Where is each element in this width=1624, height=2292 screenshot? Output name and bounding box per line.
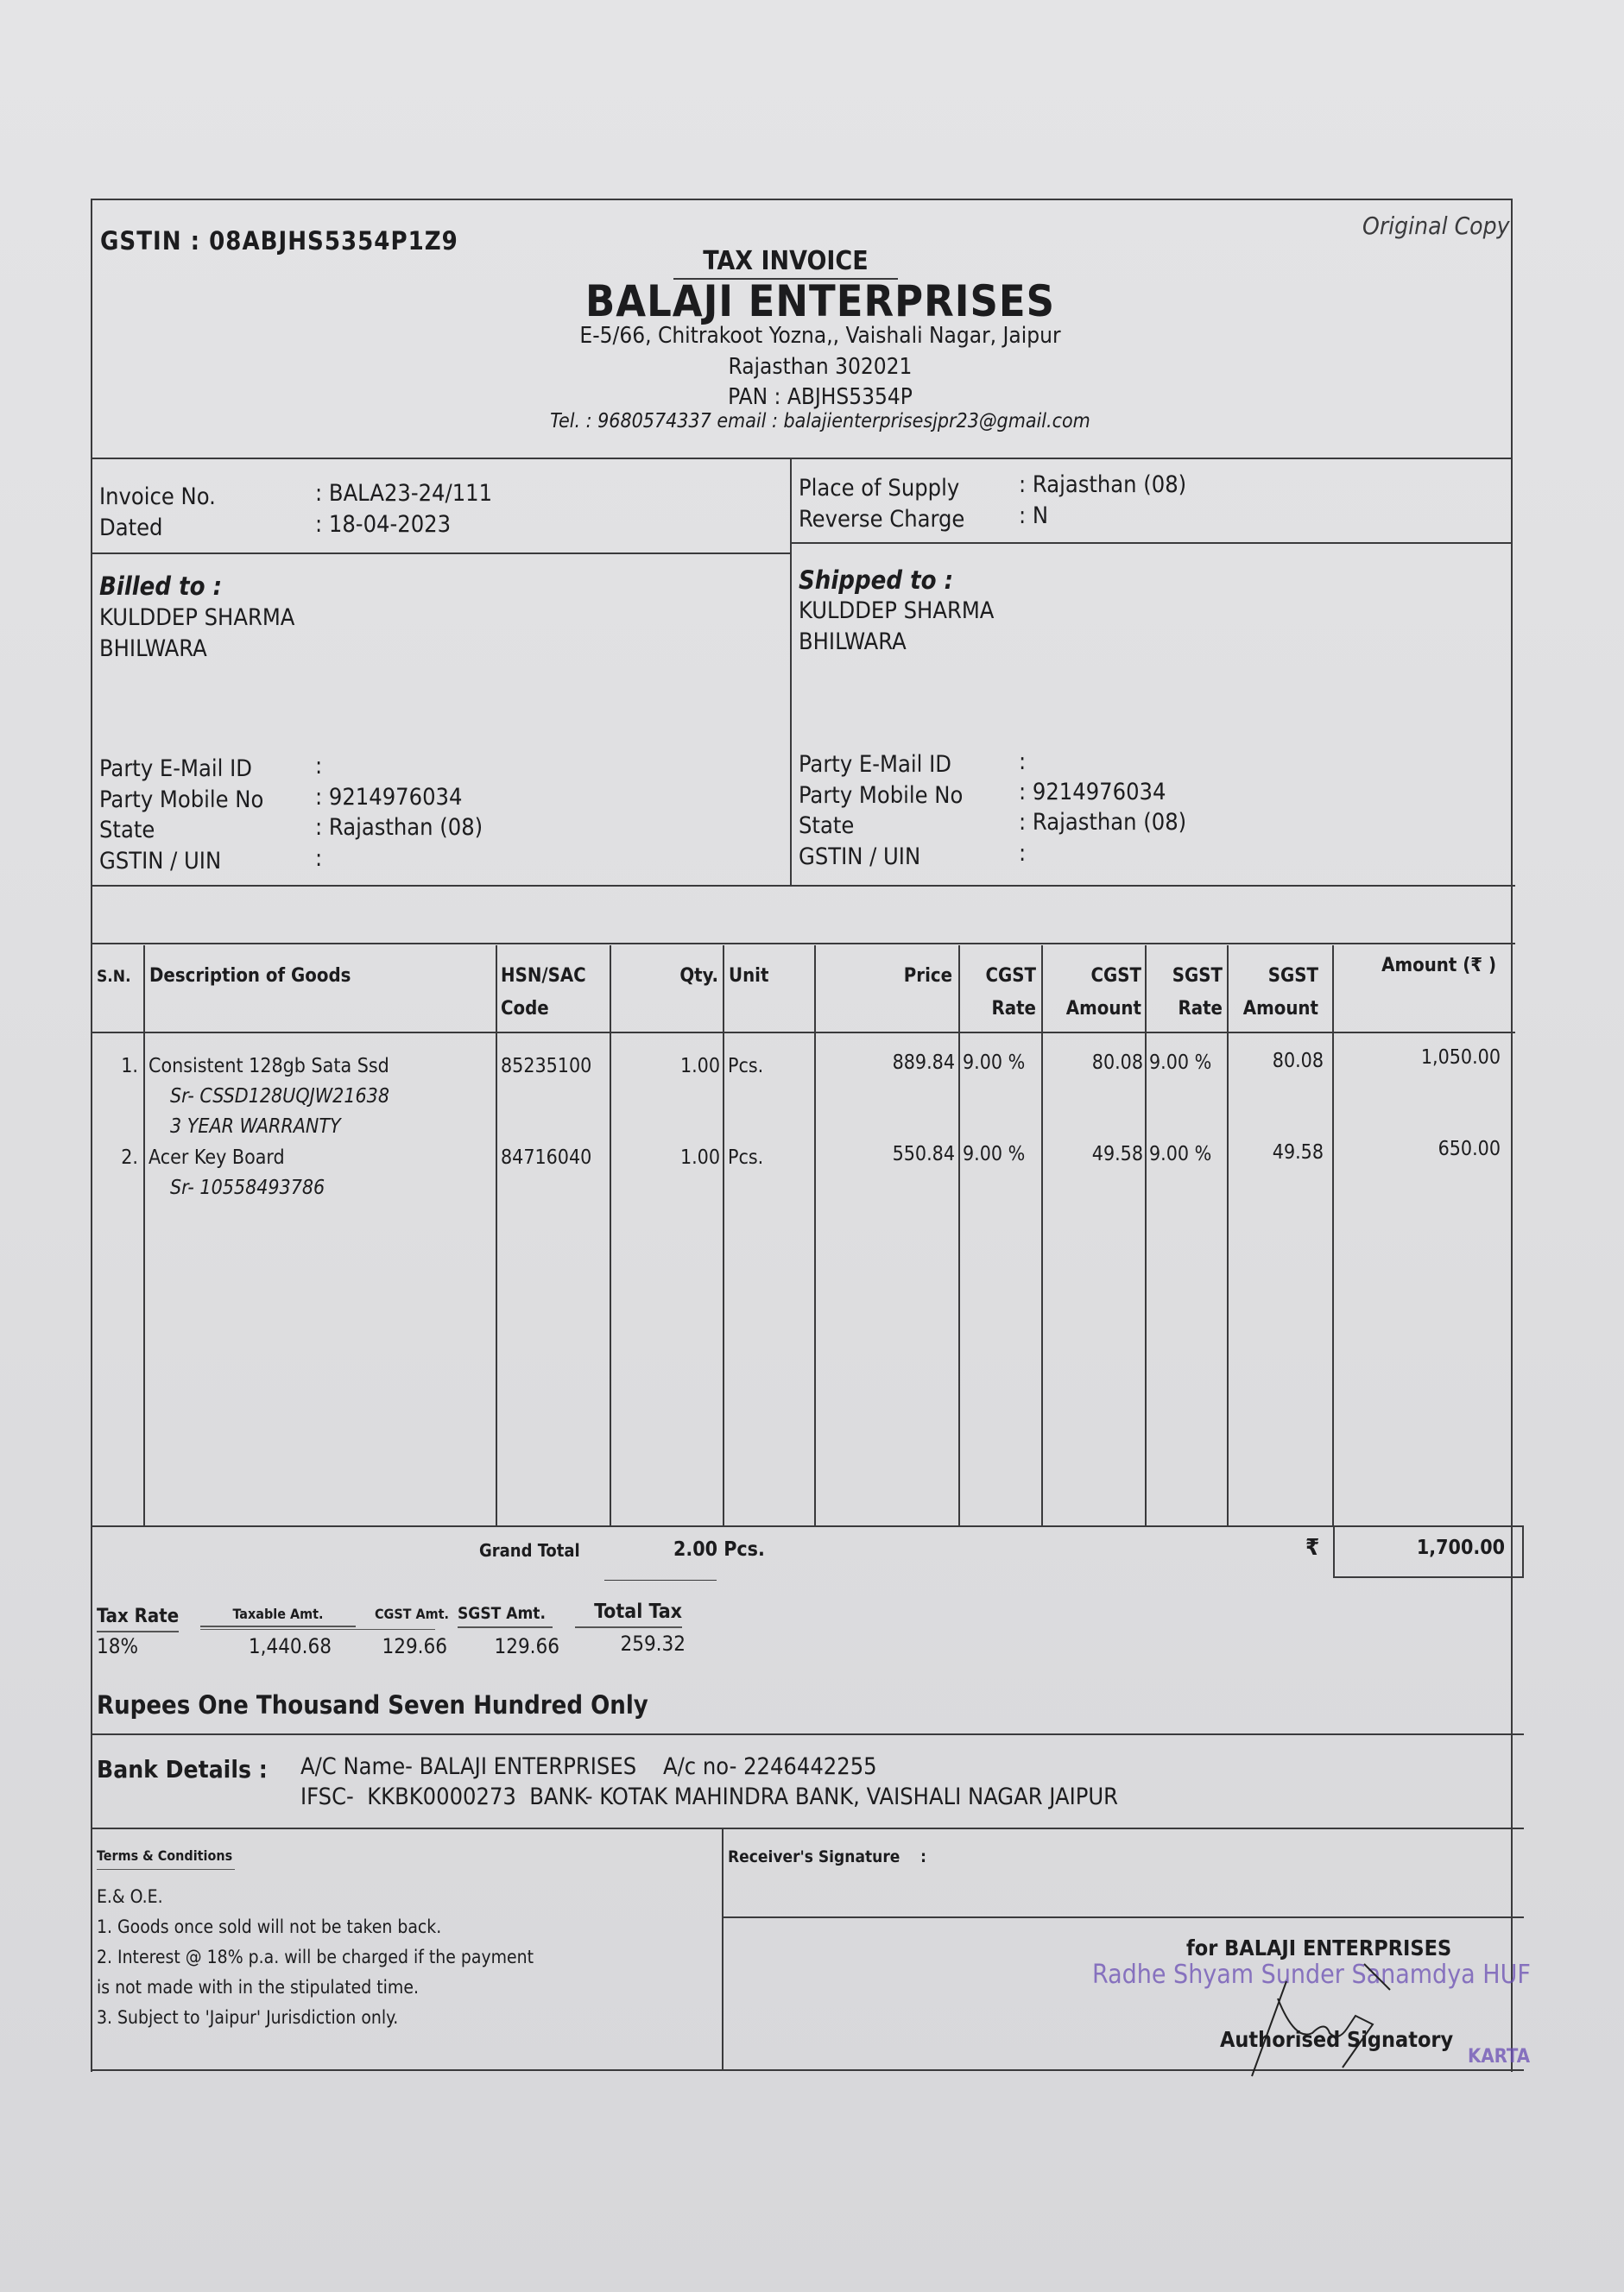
billed-to-name: KULDDEP SHARMA <box>99 604 294 631</box>
rupee-icon: ₹ <box>1305 1535 1319 1561</box>
billed-to-heading: Billed to : <box>99 571 222 601</box>
header-description: Description of Goods <box>149 960 351 993</box>
divider <box>91 885 1515 887</box>
header-sgst-rate-line2: Rate <box>1145 993 1223 1026</box>
sgst-value: 129.66 <box>458 1634 559 1658</box>
header-hsn-line2: Code <box>501 993 586 1026</box>
sgst-header: SGST Amt. <box>458 1604 553 1628</box>
border-top <box>91 199 1511 200</box>
company-address-line1: E-5/66, Chitrakoot Yozna,, Vaishali Naga… <box>432 323 1209 349</box>
divider <box>200 1629 435 1630</box>
cgst-header: CGST Amt. <box>356 1606 449 1626</box>
divider <box>1333 1526 1335 1576</box>
header-sgst-amount-line1: SGST <box>1227 960 1318 993</box>
reverse-charge: N <box>1033 502 1048 529</box>
row-cgst-rate: 9.00 % <box>963 1143 1025 1165</box>
shipped-to-city: BHILWARA <box>799 628 907 655</box>
row-amount: 650.00 <box>1332 1138 1501 1160</box>
billed-email-label: Party E-Mail ID <box>99 755 252 782</box>
place-of-supply-label: Place of Supply <box>799 475 959 502</box>
grand-total-qty: 2.00 Pcs. <box>673 1538 765 1561</box>
bank-details-label: Bank Details : <box>97 1755 268 1784</box>
header-cgst-amount-line2: Amount <box>1041 993 1141 1026</box>
row-cgst-amount: 80.08 <box>1041 1051 1143 1074</box>
header-sgst-amount: SGST Amount <box>1227 960 1318 1026</box>
row-sgst-amount: 80.08 <box>1227 1050 1324 1072</box>
terms-line: is not made with in the stipulated time. <box>97 1973 534 2003</box>
grand-total-label: Grand Total <box>479 1540 580 1561</box>
row-qty: 1.00 <box>610 1146 720 1169</box>
bank-ifsc-line: IFSC- KKBK0000273 BANK- KOTAK MAHINDRA B… <box>300 1784 1118 1810</box>
shipped-state-label: State <box>799 812 854 839</box>
billed-mobile: 9214976034 <box>329 784 463 811</box>
place-of-supply: Rajasthan (08) <box>1033 471 1186 498</box>
row-sgst-amount: 49.58 <box>1227 1141 1324 1164</box>
row-unit: Pcs. <box>728 1055 763 1077</box>
cgst-value: 129.66 <box>345 1634 447 1658</box>
reverse-charge-label: Reverse Charge <box>799 506 964 533</box>
tax-rate-header: Tax Rate <box>97 1606 179 1632</box>
taxable-value: 1,440.68 <box>200 1634 332 1658</box>
billed-state: Rajasthan (08) <box>329 814 483 841</box>
billed-mobile-label: Party Mobile No <box>99 786 263 813</box>
bank-account-line: A/C Name- BALAJI ENTERPRISES A/c no- 224… <box>300 1753 877 1780</box>
grand-total-amount: 1,700.00 <box>1336 1537 1505 1559</box>
copy-label: Original Copy <box>1362 212 1509 240</box>
row-amount: 1,050.00 <box>1332 1046 1501 1069</box>
header-hsn: HSN/SAC Code <box>501 960 586 1026</box>
divider <box>1333 1576 1524 1578</box>
tax-rate-value: 18% <box>97 1634 138 1658</box>
divider <box>604 1580 717 1581</box>
taxable-header: Taxable Amt. <box>200 1606 356 1627</box>
header-divider <box>91 1032 1515 1033</box>
header-sgst-rate: SGST Rate <box>1145 960 1223 1026</box>
row-sn: 1. <box>92 1055 138 1077</box>
company-name: BALAJI ENTERPRISES <box>432 276 1209 326</box>
shipped-mobile: 9214976034 <box>1033 779 1166 805</box>
terms-list: E.& O.E. 1. Goods once sold will not be … <box>97 1882 534 2033</box>
company-gstin: GSTIN : 08ABJHS5354P1Z9 <box>100 226 458 256</box>
header-price: Price <box>814 960 952 993</box>
header-sgst-amount-line2: Amount <box>1227 993 1318 1026</box>
row-hsn: 85235100 <box>501 1055 591 1077</box>
divider <box>91 1733 1524 1735</box>
dated-label: Dated <box>99 515 163 541</box>
row-serial: Sr- 10558493786 <box>170 1177 325 1199</box>
terms-line: E.& O.E. <box>97 1882 534 1912</box>
divider <box>790 458 792 885</box>
divider <box>1522 1526 1524 1578</box>
header-cgst-rate-line1: CGST <box>958 960 1036 993</box>
border-left <box>91 199 92 2072</box>
shipped-state: Rajasthan (08) <box>1033 809 1186 836</box>
shipped-mobile-label: Party Mobile No <box>799 782 963 809</box>
divider <box>722 1828 724 2071</box>
row-cgst-rate: 9.00 % <box>963 1051 1025 1074</box>
company-pan: PAN : ABJHS5354P <box>432 384 1209 410</box>
header-sgst-rate-line1: SGST <box>1145 960 1223 993</box>
authorised-signatory-label: Authorised Signatory <box>1220 2027 1453 2052</box>
row-unit: Pcs. <box>728 1146 763 1169</box>
header-cgst-amount: CGST Amount <box>1041 960 1141 1026</box>
billed-state-label: State <box>99 817 155 843</box>
table-bottom <box>91 1525 1524 1527</box>
header-sn: S.N. <box>97 960 131 993</box>
header-cgst-rate-line2: Rate <box>958 993 1036 1026</box>
row-qty: 1.00 <box>610 1055 720 1077</box>
billed-to-city: BHILWARA <box>99 635 207 662</box>
gstin-value: 08ABJHS5354P1Z9 <box>209 226 458 256</box>
shipped-gstin-label: GSTIN / UIN <box>799 843 920 870</box>
row-price: 889.84 <box>814 1051 955 1074</box>
amount-in-words: Rupees One Thousand Seven Hundred Only <box>97 1690 648 1720</box>
invoice-no-label: Invoice No. <box>99 483 216 510</box>
row-sn: 2. <box>92 1146 138 1169</box>
row-description: Acer Key Board <box>148 1146 285 1169</box>
divider <box>722 1916 1524 1918</box>
divider <box>790 542 1511 544</box>
divider <box>91 1828 1524 1829</box>
total-tax-value: 259.32 <box>575 1632 686 1656</box>
shipped-to-name: KULDDEP SHARMA <box>799 597 994 624</box>
invoice-no: BALA23-24/111 <box>329 480 492 507</box>
gstin-label: GSTIN <box>100 226 182 256</box>
row-price: 550.84 <box>814 1143 955 1165</box>
total-tax-header: Total Tax <box>575 1601 682 1628</box>
row-warranty: 3 YEAR WARRANTY <box>170 1115 341 1138</box>
stamp-suffix: KARTA <box>1468 2046 1530 2068</box>
document-title: TAX INVOICE <box>673 246 898 280</box>
invoice-date: 18-04-2023 <box>329 511 451 538</box>
table-top <box>91 943 1515 944</box>
shipped-email-label: Party E-Mail ID <box>799 751 951 778</box>
billed-gstin-label: GSTIN / UIN <box>99 848 221 874</box>
terms-line: 3. Subject to 'Jaipur' Jurisdiction only… <box>97 2003 534 2033</box>
header-unit: Unit <box>729 960 768 993</box>
row-hsn: 84716040 <box>501 1146 591 1169</box>
header-cgst-amount-line1: CGST <box>1041 960 1141 993</box>
company-contact: Tel. : 9680574337 email : balajienterpri… <box>345 410 1295 433</box>
divider <box>91 552 790 554</box>
header-amount: Amount (₹ ) <box>1332 950 1496 982</box>
row-description: Consistent 128gb Sata Ssd <box>148 1055 389 1077</box>
row-serial: Sr- CSSD128UQJW21638 <box>170 1085 389 1108</box>
row-cgst-amount: 49.58 <box>1041 1143 1143 1165</box>
shipped-to-heading: Shipped to : <box>799 565 953 595</box>
company-address-line2: Rajasthan 302021 <box>432 354 1209 380</box>
signature-scribble <box>1226 1947 1407 2085</box>
border-right <box>1511 199 1513 2072</box>
header-hsn-line1: HSN/SAC <box>501 960 586 993</box>
terms-heading: Terms & Conditions <box>97 1847 235 1870</box>
terms-line: 1. Goods once sold will not be taken bac… <box>97 1912 534 1942</box>
terms-line: 2. Interest @ 18% p.a. will be charged i… <box>97 1942 534 1973</box>
receiver-signature-label: Receiver's Signature : <box>728 1847 926 1866</box>
row-sgst-rate: 9.00 % <box>1149 1051 1211 1074</box>
row-sgst-rate: 9.00 % <box>1149 1143 1211 1165</box>
header-qty: Qty. <box>610 960 718 993</box>
divider <box>91 458 1511 459</box>
header-cgst-rate: CGST Rate <box>958 960 1036 1026</box>
